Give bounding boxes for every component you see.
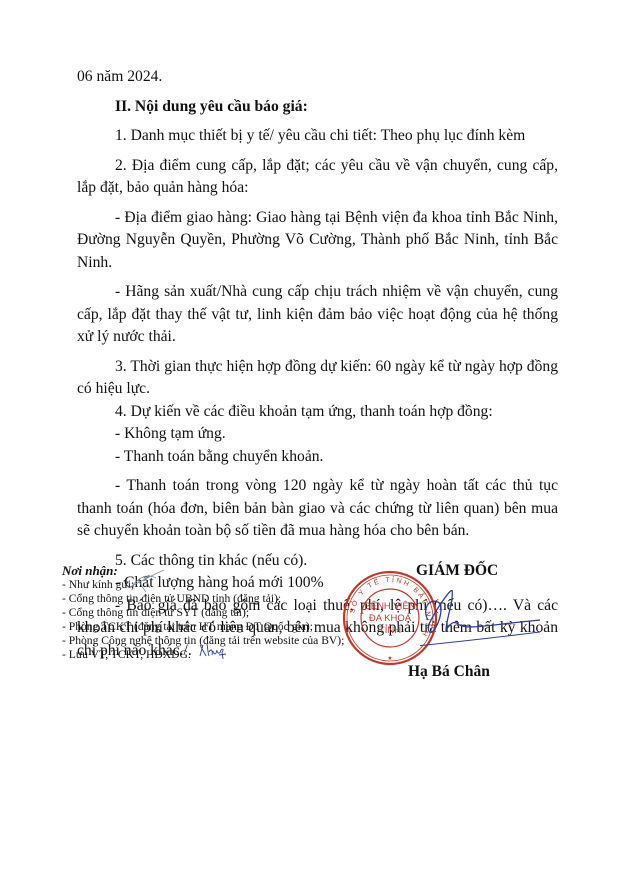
director-signature-icon <box>420 590 540 660</box>
recipient-item: - Như kính gửi; <box>62 578 362 592</box>
item-2: 2. Địa điểm cung cấp, lắp đặt; các yêu c… <box>77 155 558 200</box>
date-tail: 06 năm 2024. <box>77 66 558 89</box>
recipient-item: - Lưu VT, TCKT, HĐXDG. <box>62 648 362 662</box>
signer-name: Hạ Bá Chân <box>408 663 490 681</box>
recipients-block: Nơi nhận: - Như kính gửi; - Cổng thông t… <box>62 564 362 662</box>
svg-text:TỈNH: TỈNH <box>379 624 401 636</box>
item-3: 3. Thời gian thực hiện hợp đồng dự kiến:… <box>77 356 558 401</box>
svg-text:★: ★ <box>387 655 392 662</box>
recipient-item: - Cổng thông tin điện tử SYT (đăng tải); <box>62 606 362 620</box>
recipient-item: - Phòng TCKT (đăng tải trên HT mạng ĐT Q… <box>62 620 362 634</box>
item-2-supplier: - Hãng sản xuất/Nhà cung cấp chịu trách … <box>77 281 558 349</box>
section-heading: II. Nội dung yêu cầu báo giá: <box>77 96 558 119</box>
document-page: 06 năm 2024. II. Nội dung yêu cầu báo gi… <box>0 0 634 885</box>
recipient-item: - Cổng thông tin điện tử UBND tỉnh (đăng… <box>62 592 362 606</box>
item-1: 1. Danh mục thiết bị y tế/ yêu cầu chi t… <box>77 125 558 148</box>
initials-scribble-icon <box>126 566 166 596</box>
svg-text:ĐA KHOA: ĐA KHOA <box>369 613 412 624</box>
item-4: 4. Dự kiến về các điều khoản tạm ứng, th… <box>77 401 558 424</box>
item-2-delivery: - Địa điểm giao hàng: Giao hàng tại Bệnh… <box>77 207 558 275</box>
recipients-title: Nơi nhận: <box>62 564 362 578</box>
recipient-item: - Phòng Công nghệ thông tin (đăng tải tr… <box>62 634 362 648</box>
item-4-a: - Không tạm ứng. <box>77 423 558 446</box>
item-4-b: - Thanh toán bằng chuyển khoản. <box>77 446 558 469</box>
item-4-c: - Thanh toán trong vòng 120 ngày kể từ n… <box>77 475 558 543</box>
svg-text:BỆNH VIỆN: BỆNH VIỆN <box>364 601 415 612</box>
